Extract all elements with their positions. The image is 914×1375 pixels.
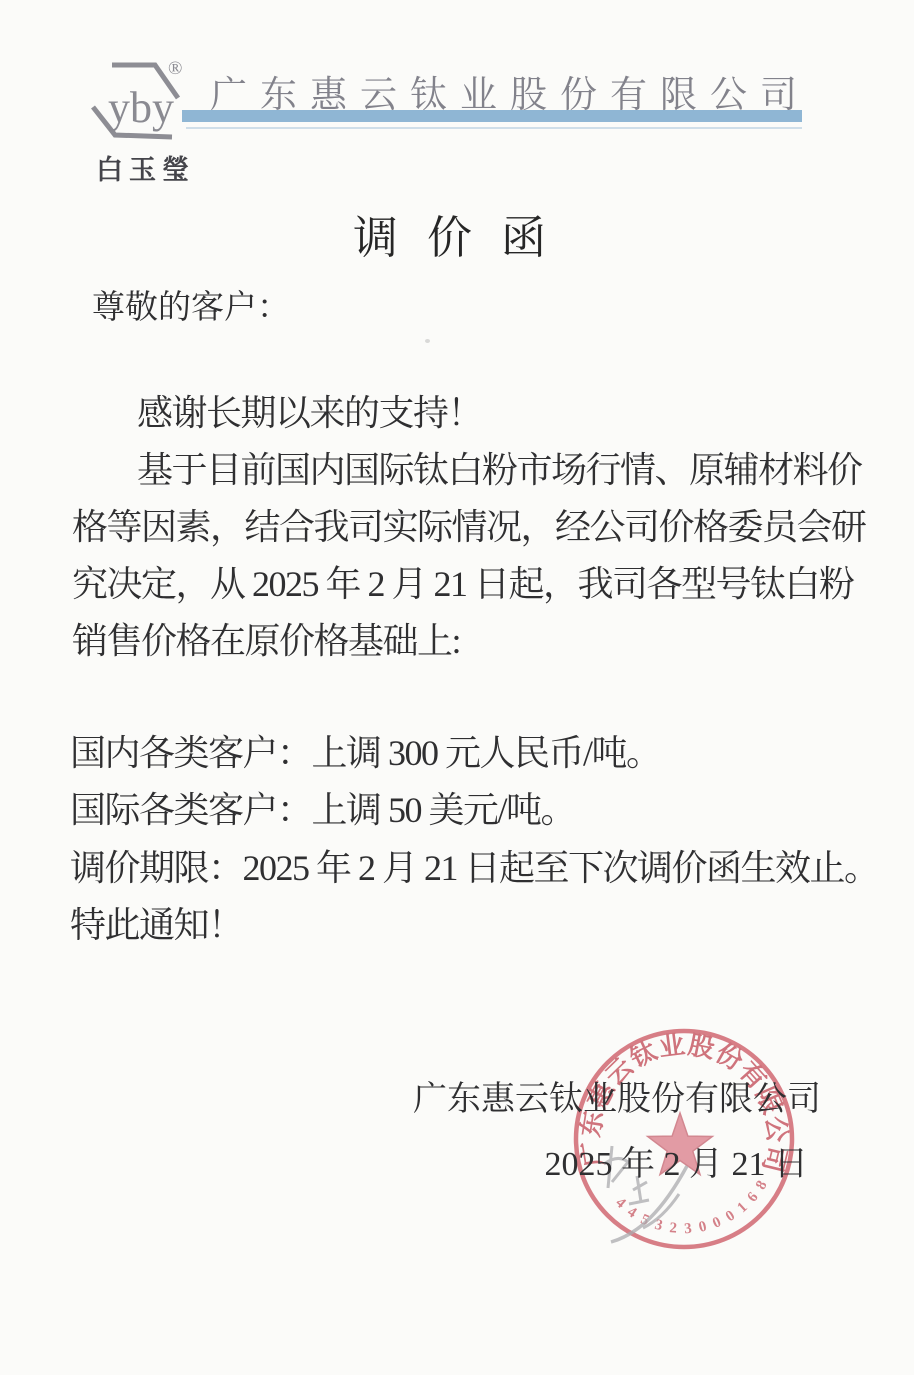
signature-company: 广东惠云钛业股份有限公司 (413, 1071, 821, 1120)
body-line: 感谢长期以来的支持！ (72, 385, 866, 442)
price-notice-list: 国内各类客户：上调 300 元人民币/吨。 国际各类客户：上调 50 美元/吨。… (70, 725, 879, 955)
salutation: 尊敬的客户： (92, 281, 290, 328)
scan-artifact-dot (425, 339, 430, 343)
notice-line-closing: 特此通知！ (70, 897, 879, 954)
letter-body: 感谢长期以来的支持！ 基于目前国内国际钛白粉市场行情、原辅材料价 格等因素，结合… (72, 385, 866, 670)
notice-line-domestic: 国内各类客户：上调 300 元人民币/吨。 (70, 725, 879, 782)
signature-date: 2025 年 2 月 21 日 (545, 1136, 809, 1185)
letter-title: 调价函 (353, 201, 575, 266)
body-line: 销售价格在原价格基础上: (72, 613, 866, 670)
letter-page: yby ® 白玉瑩 广东惠云钛业股份有限公司 调价函 尊敬的客户： 感谢长期以来… (0, 0, 914, 1375)
body-line: 究决定，从 2025 年 2 月 21 日起，我司各型号钛白粉 (72, 556, 866, 613)
header-accent-line (186, 127, 802, 129)
body-line: 格等因素，结合我司实际情况，经公司价格委员会研 (72, 499, 866, 556)
company-logo: yby ® (88, 56, 192, 148)
header-accent-bar (182, 110, 802, 122)
logo-subtitle: 白玉瑩 (96, 148, 195, 187)
body-line: 基于目前国内国际钛白粉市场行情、原辅材料价 (72, 442, 866, 499)
notice-line-international: 国际各类客户：上调 50 美元/吨。 (70, 782, 879, 839)
registered-trademark-icon: ® (168, 58, 182, 79)
logo-text: yby (108, 83, 174, 132)
notice-line-period: 调价期限：2025 年 2 月 21 日起至下次调价函生效止。 (70, 840, 879, 897)
